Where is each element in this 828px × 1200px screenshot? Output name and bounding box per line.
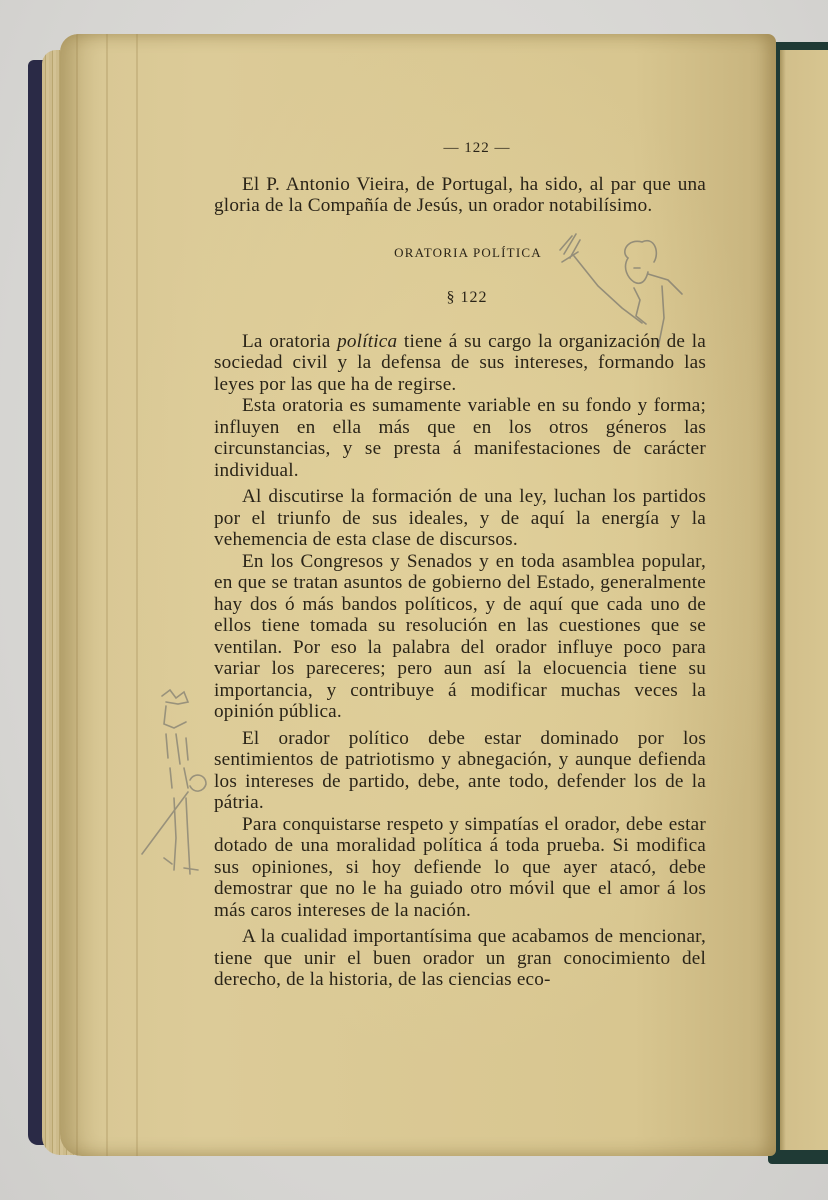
- paragraph-3: Al discutirse la formación de una ley, l…: [214, 486, 706, 551]
- paragraph-7: A la cualidad importantísima que acabamo…: [214, 926, 706, 991]
- facing-page-edge: [780, 50, 828, 1150]
- chapter-heading: ORATORIA POLÍTICA: [214, 242, 706, 264]
- intro-paragraph: El P. Antonio Vieira, de Portugal, ha si…: [214, 174, 706, 217]
- page-text-block: — 122 — El P. Antonio Vieira, de Portuga…: [214, 138, 706, 991]
- paragraph-1-lead: La oratoria: [242, 331, 337, 352]
- section-number: § 122: [214, 287, 706, 309]
- paragraph-2: Esta oratoria es sumamente variable en s…: [214, 395, 706, 481]
- paragraph-1-italic-term: política: [337, 331, 397, 352]
- paragraph-1: La oratoria política tiene á su cargo la…: [214, 331, 706, 396]
- paragraph-4: En los Congresos y Senados y en toda asa…: [214, 551, 706, 723]
- paragraph-6: Para conquistarse respeto y simpatías el…: [214, 814, 706, 922]
- paragraph-5: El orador político debe estar dominado p…: [214, 728, 706, 814]
- page-number: — 122 —: [214, 138, 706, 160]
